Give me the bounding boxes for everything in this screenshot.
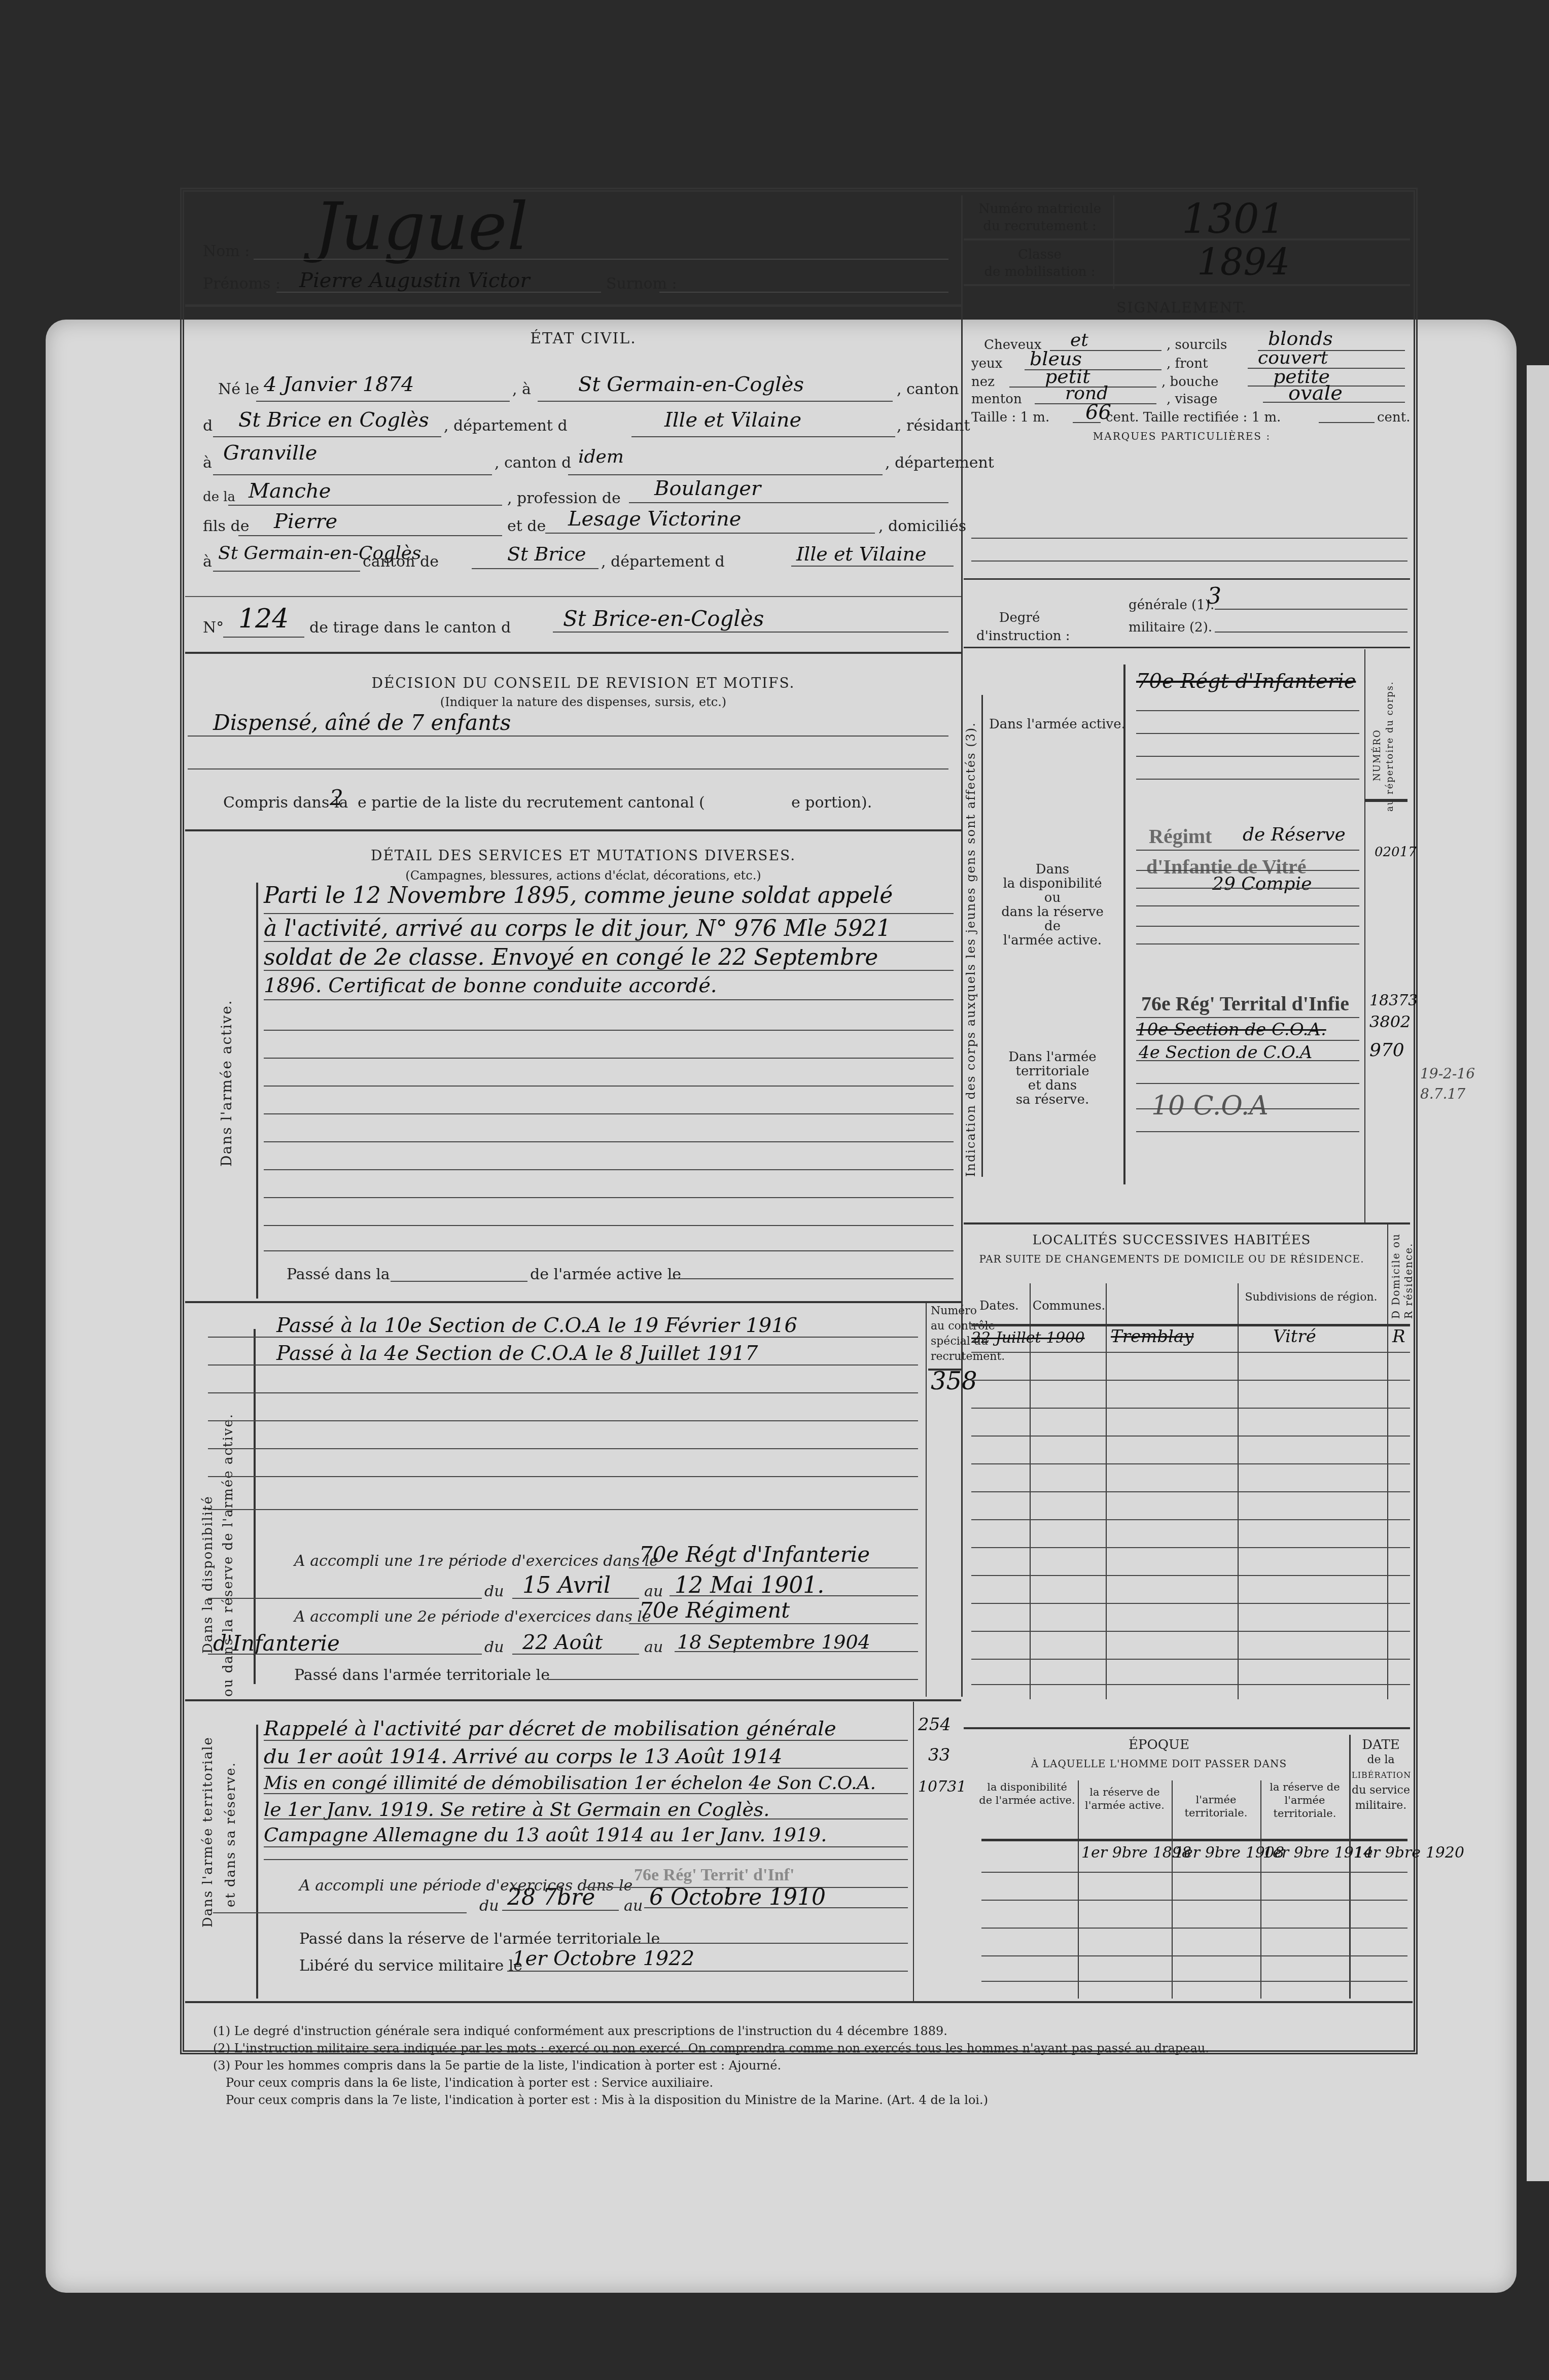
terr-period-from: 28 7bre	[507, 1884, 595, 1910]
corps-terr-label-4: sa réserve.	[989, 1093, 1116, 1107]
services-rule-1	[264, 913, 954, 914]
corps-terr-number-2: 3802	[1369, 1012, 1411, 1031]
etat-civil-separator	[185, 596, 961, 597]
corps-dispo-label-3: ou	[989, 891, 1116, 905]
terr-margin-number-2: 33	[928, 1745, 950, 1765]
terr-line-1: Rappelé à l'activité par décret de mobil…	[264, 1717, 836, 1740]
terr-side-label-2: et dans sa réserve.	[223, 1762, 238, 1907]
residence-departement-line	[228, 505, 502, 506]
corps-active-unit: 70e Régt d'Infanterie	[1136, 670, 1356, 693]
localites-row-commune: Tremblay	[1111, 1326, 1193, 1347]
parents-canton: St Brice	[507, 543, 586, 565]
corps-terr-stamp: 76e Rég' Territal d'Infie	[1141, 992, 1349, 1016]
classe-label-2: de mobilisation :	[966, 263, 1113, 281]
controle-label-1: Numéro	[931, 1304, 969, 1319]
margin-date-1: 19-2-16	[1420, 1065, 1475, 1082]
mother: Lesage Victorine	[568, 507, 741, 531]
localites-row-date: 22 Juillet 1900	[971, 1329, 1085, 1347]
tirage-canton: St Brice-en-Coglès	[563, 606, 764, 631]
et-de-label: et de	[507, 517, 546, 535]
front-label: , front	[1167, 356, 1208, 371]
services-line-3: soldat de 2e classe. Envoyé en congé le …	[264, 944, 878, 970]
corps-dispo-label-2: la disponibilité	[989, 877, 1116, 891]
corps-terr-label-3: et dans	[989, 1078, 1116, 1093]
degre-label-1: Degré	[976, 609, 1063, 627]
canton2-label: , canton d	[495, 454, 571, 472]
dispo-line-1: Passé à la 10e Section de C.O.A le 19 Fé…	[276, 1314, 797, 1337]
corps-dispo-number: 02017	[1375, 845, 1417, 860]
controle-label-3: spécial du	[931, 1334, 969, 1349]
period2-du-label: du	[484, 1638, 504, 1656]
domicilies-label: , domiciliés	[878, 517, 966, 535]
footnote-5: Pour ceux compris dans la 7e liste, l'in…	[226, 2093, 988, 2107]
footnote-2: (2) L'instruction militaire sera indiqué…	[213, 2041, 1209, 2055]
sourcils-label: , sourcils	[1167, 337, 1227, 353]
visage-label: , visage	[1167, 392, 1217, 407]
localites-col-subdivisions: Subdivisions de région.	[1238, 1291, 1385, 1304]
profession-line	[629, 502, 948, 503]
localites-col-communes: Communes.	[1032, 1299, 1106, 1313]
services-side-label: Dans l'armée active.	[218, 999, 235, 1167]
marques-label: MARQUES PARTICULIÈRES :	[1040, 430, 1324, 442]
corps-terr-label-2: territoriale	[989, 1064, 1116, 1078]
fils-de-label: fils de	[203, 517, 250, 535]
tirage-divider	[185, 652, 961, 654]
next-page-edge	[1527, 365, 1549, 2181]
terr-bracket	[256, 1725, 258, 1999]
services-subtitle: (Campagnes, blessures, actions d'éclat, …	[355, 868, 812, 883]
decision-text: Dispensé, aîné de 7 enfants	[213, 710, 511, 735]
compris-suffix: e partie de la liste du recrutement cant…	[358, 794, 705, 812]
terr-period-au-label: au	[624, 1897, 643, 1915]
localites-title: LOCALITÉS SUCCESSIVES HABITÉES	[974, 1233, 1369, 1248]
period1-label: A accompli une 1re période d'exercices d…	[294, 1552, 658, 1570]
liberation-header: DATE de la LIBÉRATION du service militai…	[1352, 1737, 1410, 1813]
matricule-label: Numéro matricule du recrutement :	[966, 200, 1113, 235]
territoriale-passe-label: Passé dans l'armée territoriale le	[294, 1666, 550, 1684]
residence-canton: idem	[578, 446, 624, 467]
controle-header: Numéro au contrôle spécial du recrutemen…	[931, 1304, 969, 1364]
corps-dispo-label: Dans la disponibilité ou dans la réserve…	[989, 862, 1116, 948]
no-label: N°	[203, 619, 224, 637]
firstnames-value: Pierre Augustin Victor	[299, 269, 530, 292]
dr-label-2: R résidence.	[1402, 1243, 1415, 1319]
corps-terr-line-3: 10 C.O.A	[1151, 1091, 1269, 1121]
d-label: d	[203, 417, 213, 435]
corps-terr-number-1: 18373	[1369, 992, 1418, 1009]
numero-label: NUMÉRO	[1372, 729, 1383, 781]
services-line-1: Parti le 12 Novembre 1895, comme jeune s…	[264, 883, 893, 908]
period2-label: A accompli une 2e période d'exercices da…	[294, 1608, 651, 1626]
numero-label-2: au répertoire du corps.	[1385, 681, 1395, 812]
surname-label: Nom :	[203, 242, 250, 260]
departement2-label: , département	[885, 454, 994, 472]
decision-subtitle: (Indiquer la nature des dispenses, sursi…	[355, 695, 812, 709]
parents-departement-line	[791, 566, 954, 567]
corps-terr-label: Dans l'armée territoriale et dans sa rés…	[989, 1050, 1116, 1107]
decision-line-2	[188, 768, 948, 769]
tirage-label: de tirage dans le canton d	[309, 619, 511, 637]
surname-value: Juguel	[314, 188, 528, 265]
corps-terr-line-2: 4e Section de C.O.A	[1139, 1042, 1312, 1063]
liberation-sub-1: de la	[1352, 1753, 1410, 1768]
tirage-number-line	[223, 637, 304, 638]
sourcils-value: blonds	[1268, 327, 1333, 349]
birth-departement: Ille et Vilaine	[664, 408, 801, 432]
period2-to: 18 Septembre 1904	[677, 1631, 870, 1653]
footnote-1: (1) Le degré d'instruction générale sera…	[213, 2024, 947, 2038]
terr-line-3: Mis en congé illimité de démobilisation …	[264, 1773, 876, 1794]
corps-dispo-hand-1: de Réserve	[1243, 824, 1346, 845]
tirage-canton-line	[553, 632, 948, 633]
corps-dispo-label-6: l'armée active.	[989, 933, 1116, 948]
residence: Granville	[223, 441, 317, 465]
taille-label: Taille : 1 m.	[971, 410, 1049, 425]
services-title: DÉTAIL DES SERVICES ET MUTATIONS DIVERSE…	[304, 847, 862, 864]
epoque-title: ÉPOQUE	[976, 1737, 1342, 1753]
period2-au-label: au	[644, 1638, 663, 1656]
period2-unit-1: 70e Régiment	[639, 1598, 790, 1623]
etat-civil-title: ÉTAT CIVIL.	[456, 330, 710, 347]
services-divider	[185, 1301, 961, 1303]
decision-divider	[185, 829, 961, 831]
matricule-label-2: du recrutement :	[966, 218, 1113, 235]
birth-place-line	[538, 401, 893, 402]
controle-label-4: recrutement.	[931, 1349, 969, 1364]
terr-period-to: 6 Octobre 1910	[649, 1884, 826, 1910]
parents-departement: Ille et Vilaine	[796, 543, 927, 565]
services-rule-2	[264, 941, 954, 942]
period2-unit-2: d'Infanterie	[213, 1631, 340, 1656]
numero-label-1: NUMÉRO	[1372, 729, 1383, 781]
epoque-col-4: la réserve de l'armée territoriale.	[1263, 1780, 1347, 1820]
classe-number: 1894	[1197, 241, 1290, 284]
menton-label: menton	[971, 392, 1022, 407]
liberation-sub-4: militaire.	[1352, 1798, 1410, 1813]
decision-line-1	[188, 736, 948, 737]
parents-canton-line	[472, 568, 599, 569]
services-bracket	[256, 883, 258, 1299]
signalement-title: SIGNALEMENT.	[1040, 299, 1324, 316]
terr-period-du-label: du	[479, 1897, 499, 1915]
a-label: , à	[512, 380, 531, 398]
generale-value: 3	[1207, 583, 1221, 609]
liberation-sub-2: LIBÉRATION	[1352, 1768, 1410, 1783]
residence-canton-line	[568, 474, 883, 475]
epoque-col-1: la disponibilité de l'armée active.	[979, 1780, 1075, 1807]
decision-title: DÉCISION DU CONSEIL DE REVISION ET MOTIF…	[304, 675, 862, 691]
corps-dispo-label-5: de	[989, 919, 1116, 933]
period1-du-label: du	[484, 1583, 504, 1600]
liberation-value: 1er 9bre 1920	[1354, 1844, 1464, 1862]
period2-from: 22 Août	[522, 1631, 603, 1654]
liberation-title: DATE	[1352, 1737, 1410, 1753]
epoque-subtitle: À LAQUELLE L'HOMME DOIT PASSER DANS	[976, 1758, 1342, 1770]
matricule-number: 1301	[1182, 195, 1285, 242]
partie-value: 2	[330, 785, 343, 810]
birth-place: St Germain-en-Coglès	[578, 373, 804, 396]
residence-departement: Manche	[249, 479, 331, 503]
corps-side-label: Indication des corps auxquels les jeunes…	[964, 722, 978, 1177]
libere-label: Libéré du service militaire le	[299, 1957, 522, 1975]
terr-line-2: du 1er août 1914. Arrivé au corps le 13 …	[264, 1745, 783, 1768]
dr-label-1: D Domicile ou	[1390, 1233, 1402, 1319]
degre-label-2: d'instruction :	[976, 627, 1063, 645]
controle-column-divider	[926, 1301, 927, 1697]
classe-label: Classe de mobilisation :	[966, 246, 1113, 281]
corps-dispo-label-1: Dans	[989, 862, 1116, 877]
corps-dispo-label-4: dans la réserve	[989, 905, 1116, 919]
services-rule-4	[264, 999, 954, 1000]
corps-active-label: Dans l'armée active.	[989, 715, 1116, 733]
dispo-divider	[185, 1699, 961, 1701]
localites-row-dr: R	[1392, 1326, 1405, 1347]
firstnames-label: Prénoms :	[203, 275, 280, 293]
period1-unit: 70e Régt d'Infanterie	[639, 1542, 870, 1567]
nickname-label: Surnom :	[606, 275, 677, 293]
nickname-line	[659, 292, 948, 293]
father-line	[238, 535, 502, 536]
terr-line-5: Campagne Allemagne du 13 août 1914 au 1e…	[264, 1824, 827, 1846]
period1-from: 15 Avril	[522, 1572, 611, 1598]
father: Pierre	[274, 510, 337, 533]
generale-label: générale (1).	[1129, 598, 1214, 613]
dispo-line-2: Passé à la 4e Section de C.O.A le 8 Juil…	[276, 1342, 758, 1365]
terr-margin-number-1: 254	[918, 1714, 951, 1735]
mother-line	[545, 533, 875, 534]
corps-terr-number-3: 970	[1369, 1040, 1404, 1061]
liberation-sub-3: du service	[1352, 1783, 1410, 1798]
a2-label: à	[203, 454, 212, 472]
residant-label: , résidant	[897, 417, 970, 435]
terr-line-4: le 1er Janv. 1919. Se retire à St Germai…	[264, 1798, 769, 1821]
terr-period-stamp: 76e Rég' Territ' d'Inf'	[634, 1866, 794, 1885]
corps-terr-label-1: Dans l'armée	[989, 1050, 1116, 1064]
birth-departement-line	[631, 436, 895, 437]
footnotes-divider	[185, 2001, 1413, 2003]
services-line-4: 1896. Certificat de bonne conduite accor…	[264, 974, 717, 997]
firstnames-line	[276, 292, 601, 293]
departement3-label: , département d	[601, 553, 725, 571]
birth-canton: St Brice en Coglès	[238, 408, 429, 432]
period1-to: 12 Mai 1901.	[675, 1572, 824, 1598]
a3-label: à	[203, 553, 212, 571]
libere-date: 1er Octobre 1922	[512, 1947, 694, 1970]
residence-line	[213, 474, 492, 475]
bouche-label: , bouche	[1161, 374, 1218, 390]
classe-label-1: Classe	[966, 246, 1113, 263]
taille-cent-label: cent. Taille rectifiée : 1 m.	[1106, 410, 1281, 425]
corps-dispo-stamp-1: Régimt	[1149, 824, 1212, 848]
birth-date-line	[256, 401, 510, 402]
passe-label: Passé dans la	[287, 1266, 390, 1283]
terr-reserve-label: Passé dans la réserve de l'armée territo…	[299, 1930, 660, 1948]
name-section-divider	[185, 304, 961, 307]
passe-suffix: de l'armée active le	[530, 1266, 681, 1283]
yeux-label: yeux	[971, 356, 1002, 371]
terr-margin-number-3: 10731	[918, 1778, 966, 1796]
dispo-side-label-1: Dans la disponibilité	[200, 1495, 216, 1654]
departement-label: , département d	[444, 417, 568, 435]
surname-line	[254, 259, 948, 260]
epoque-col-3: l'armée territoriale.	[1174, 1793, 1258, 1819]
footnote-4: Pour ceux compris dans la 6e liste, l'in…	[226, 2076, 713, 2090]
profession: Boulanger	[654, 477, 761, 500]
localites-subtitle: PAR SUITE DE CHANGEMENTS DE DOMICILE OU …	[974, 1253, 1369, 1265]
ne-le-label: Né le	[218, 380, 259, 398]
corps-dispo-hand-2: 29 Compie	[1212, 873, 1312, 894]
controle-number: 358	[931, 1367, 977, 1395]
profession-label: , profession de	[507, 489, 621, 507]
parents-place-line	[213, 571, 360, 572]
localites-row-subdivision: Vitré	[1273, 1326, 1316, 1347]
epoque-col-2: la réserve de l'armée active.	[1080, 1786, 1169, 1812]
matricule-label-1: Numéro matricule	[966, 200, 1113, 218]
de-la-label: de la	[203, 489, 235, 505]
footnote-3: (3) Pour les hommes compris dans la 5e p…	[213, 2058, 781, 2073]
canton3-label: canton de	[363, 553, 439, 571]
corps-terr-line-1: 10e Section de C.O.A.	[1136, 1020, 1326, 1040]
canton-label: , canton	[897, 380, 959, 398]
controle-label-2: au contrôle	[931, 1319, 969, 1334]
nez-label: nez	[971, 374, 995, 390]
portion-suffix: e portion).	[791, 794, 872, 812]
services-line-2: à l'activité, arrivé au corps le dit jou…	[264, 916, 891, 941]
services-rule-3	[264, 970, 954, 971]
degre-label: Degré d'instruction :	[976, 609, 1063, 645]
margin-date-2: 8.7.17	[1420, 1086, 1465, 1102]
militaire-label: militaire (2).	[1129, 620, 1212, 635]
localites-col-dates: Dates.	[969, 1299, 1030, 1313]
cent-label: cent.	[1377, 410, 1410, 425]
tirage-number: 124	[238, 604, 289, 634]
birth-canton-line	[213, 436, 441, 437]
terr-side-label-1: Dans l'armée territoriale	[200, 1736, 216, 1928]
birth-date: 4 Janvier 1874	[264, 373, 414, 396]
